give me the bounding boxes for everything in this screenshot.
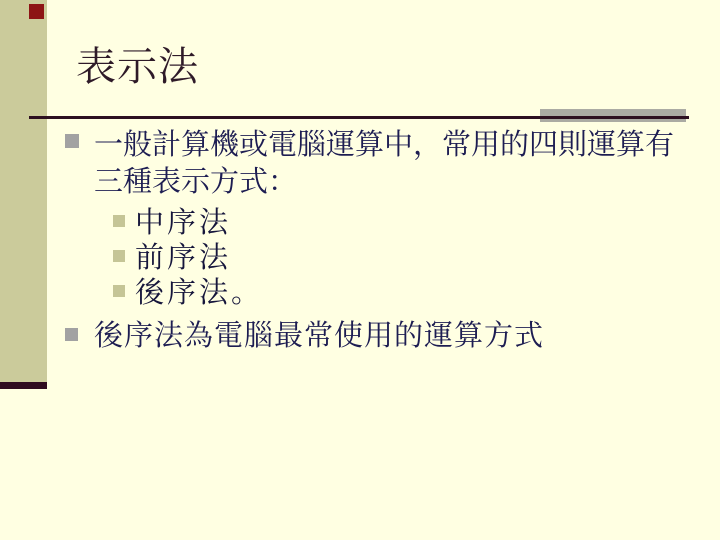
sidebar-accent-bar (0, 0, 47, 382)
bullet-item: 後序法為電腦最常使用的運算方式 (94, 318, 544, 355)
square-bullet-icon (113, 215, 125, 227)
square-bullet-icon (113, 285, 125, 297)
sub-bullet-item: 前序法 (135, 241, 231, 276)
square-bullet-icon (113, 250, 125, 262)
presentation-slide: 表示法 一般計算機或電腦運算中，常用的四則運算有 三種表示方式： 中序法 前序法… (0, 0, 720, 540)
slide-title: 表示法 (76, 46, 199, 88)
sub-bullet-item: 中序法 (135, 206, 231, 241)
bullet-line: 三種表示方式： (94, 164, 674, 201)
sidebar-accent-cap (0, 382, 47, 389)
bullet-item: 一般計算機或電腦運算中，常用的四則運算有 三種表示方式： (94, 127, 674, 201)
red-square-icon (29, 4, 44, 19)
bullet-line: 一般計算機或電腦運算中，常用的四則運算有 (94, 127, 674, 164)
sub-bullet-item: 後序法。 (135, 276, 263, 311)
square-bullet-icon (65, 328, 78, 341)
square-bullet-icon (65, 134, 79, 148)
title-rule-divider (29, 116, 689, 119)
